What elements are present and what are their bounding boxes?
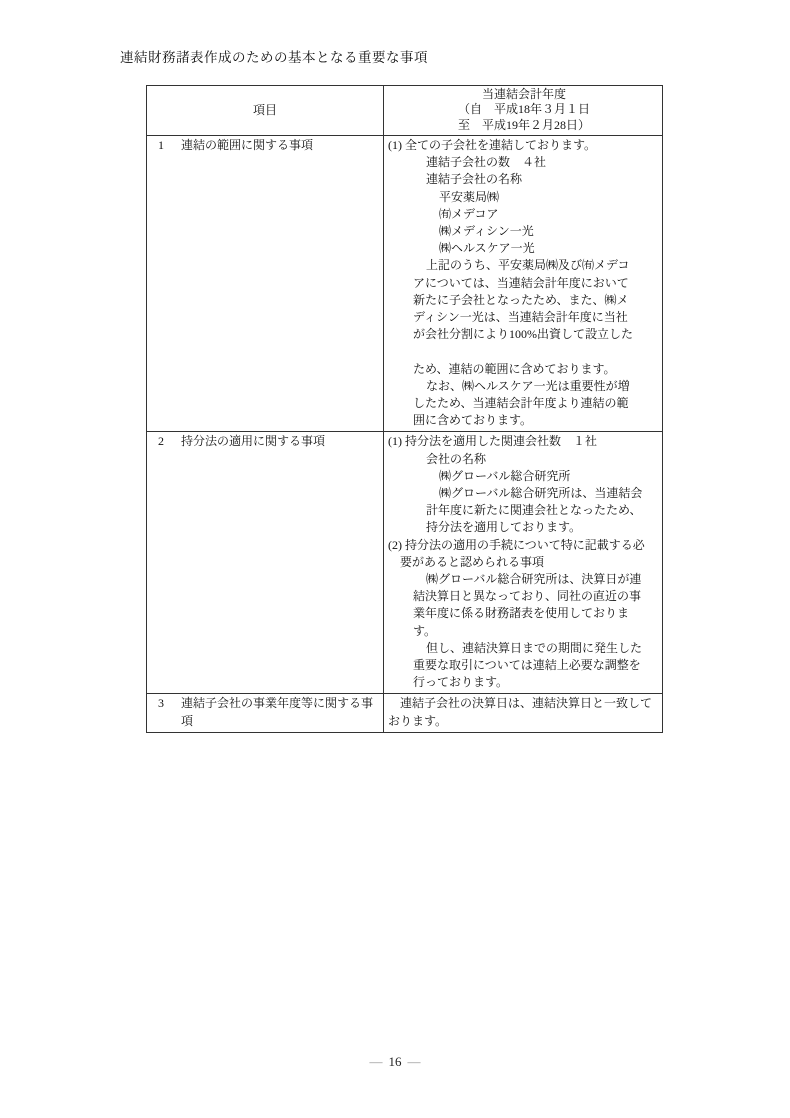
page-title: 連結財務諸表作成のための基本となる重要な事項: [120, 46, 428, 66]
content-line: 囲に含めております。: [388, 412, 660, 429]
content-line: (1) 持分法を適用した関連会社数 １社: [388, 433, 660, 450]
blank-line: [388, 343, 660, 360]
content-line: 持分法を適用しております。: [388, 519, 660, 536]
content-line: 計年度に新たに関連会社となったため、: [388, 502, 660, 519]
content-line: 新たに子会社となったため、また、㈱メ: [388, 292, 660, 309]
content-line: ディシン一光は、当連結会計年度に当社: [388, 309, 660, 326]
content-line: (2) 持分法の適用の手続について特に記載する必: [388, 537, 660, 554]
item-title: 持分法の適用に関する事項: [171, 433, 383, 450]
item-cell-2: 2持分法の適用に関する事項: [147, 432, 384, 693]
item-label: 3連結子会社の事業年度等に関する事項: [147, 694, 383, 729]
header-period-from: （自 平成18年３月１日: [388, 102, 660, 117]
content-line: したため、当連結会計年度より連結の範: [388, 395, 660, 412]
content-line: (1) 全ての子会社を連結しております。: [388, 137, 660, 154]
content-line: 結決算日と異なっており、同社の直近の事: [388, 588, 660, 605]
content-line: 要があると認められる事項: [388, 554, 660, 571]
content-line: 連結子会社の数 ４社: [388, 154, 660, 171]
content-cell-3: 連結子会社の決算日は、連結決算日と一致しております。: [384, 694, 662, 731]
header-period-column: 当連結会計年度 （自 平成18年３月１日 至 平成19年２月28日）: [384, 86, 662, 135]
header-item-column: 項目: [147, 86, 384, 135]
document-page: { "document": { "title": "連結財務諸表作成のための基本…: [0, 0, 790, 1118]
header-period-to: 至 平成19年２月28日）: [388, 118, 660, 133]
item-label: 1連結の範囲に関する事項: [147, 136, 383, 154]
content-line: 行っております。: [388, 674, 660, 691]
item-cell-3: 3連結子会社の事業年度等に関する事項: [147, 694, 384, 731]
content-line: 但し、連結決算日までの期間に発生した: [388, 640, 660, 657]
item-cell-1: 1連結の範囲に関する事項: [147, 136, 384, 431]
table-row-3: 3連結子会社の事業年度等に関する事項連結子会社の決算日は、連結決算日と一致してお…: [147, 693, 662, 731]
item-title-line: 連結子会社の事業年度等に関する事: [181, 695, 383, 712]
content-line: 連結子会社の名称: [388, 171, 660, 188]
content-line: 重要な取引については連結上必要な調整を: [388, 657, 660, 674]
content-line: なお、㈱ヘルスケア一光は重要性が増: [388, 378, 660, 395]
content-cell-2: (1) 持分法を適用した関連会社数 １社会社の名称㈱グローバル総合研究所㈱グロー…: [384, 432, 662, 693]
content-line: す。: [388, 623, 660, 640]
table-row-2: 2持分法の適用に関する事項(1) 持分法を適用した関連会社数 １社会社の名称㈱グ…: [147, 431, 662, 693]
item-number: 1: [147, 137, 171, 154]
header-period-title: 当連結会計年度: [388, 87, 660, 102]
content-line: 上記のうち、平安薬局㈱及び㈲メデコ: [388, 257, 660, 274]
table-header-row: 項目 当連結会計年度 （自 平成18年３月１日 至 平成19年２月28日）: [147, 86, 662, 135]
item-number: 3: [147, 695, 171, 729]
footer-page-number: 16: [389, 1054, 402, 1069]
item-title-line: 持分法の適用に関する事項: [181, 433, 383, 450]
content-line: ため、連結の範囲に含めております。: [388, 361, 660, 378]
content-line: が会社分割により100%出資して設立した: [388, 326, 660, 343]
content-line: 業年度に係る財務諸表を使用しておりま: [388, 605, 660, 622]
content-cell-1: (1) 全ての子会社を連結しております。連結子会社の数 ４社連結子会社の名称平安…: [384, 136, 662, 431]
content-line: 連結子会社の決算日は、連結決算日と一致して: [388, 695, 660, 712]
page-number-footer: ―16―: [0, 1054, 790, 1070]
item-title: 連結の範囲に関する事項: [171, 137, 383, 154]
item-label: 2持分法の適用に関する事項: [147, 432, 383, 450]
content-line: ㈱ヘルスケア一光: [388, 240, 660, 257]
footer-left-dash: ―: [364, 1054, 389, 1069]
table-body: 1連結の範囲に関する事項(1) 全ての子会社を連結しております。連結子会社の数 …: [147, 135, 662, 732]
item-title-line: 連結の範囲に関する事項: [181, 137, 383, 154]
content-line: おります。: [388, 713, 660, 730]
item-number: 2: [147, 433, 171, 450]
footer-right-dash: ―: [402, 1054, 427, 1069]
content-line: ㈲メデコア: [388, 206, 660, 223]
content-line: アについては、当連結会計年度において: [388, 275, 660, 292]
notes-table: 項目 当連結会計年度 （自 平成18年３月１日 至 平成19年２月28日） 1連…: [146, 85, 663, 733]
content-line: ㈱グローバル総合研究所は、当連結会: [388, 485, 660, 502]
item-title: 連結子会社の事業年度等に関する事項: [171, 695, 383, 729]
table-row-1: 1連結の範囲に関する事項(1) 全ての子会社を連結しております。連結子会社の数 …: [147, 135, 662, 431]
content-line: ㈱メディシン一光: [388, 223, 660, 240]
content-line: 平安薬局㈱: [388, 189, 660, 206]
content-line: ㈱グローバル総合研究所は、決算日が連: [388, 571, 660, 588]
content-line: ㈱グローバル総合研究所: [388, 468, 660, 485]
item-title-line: 項: [181, 713, 383, 730]
content-line: 会社の名称: [388, 451, 660, 468]
